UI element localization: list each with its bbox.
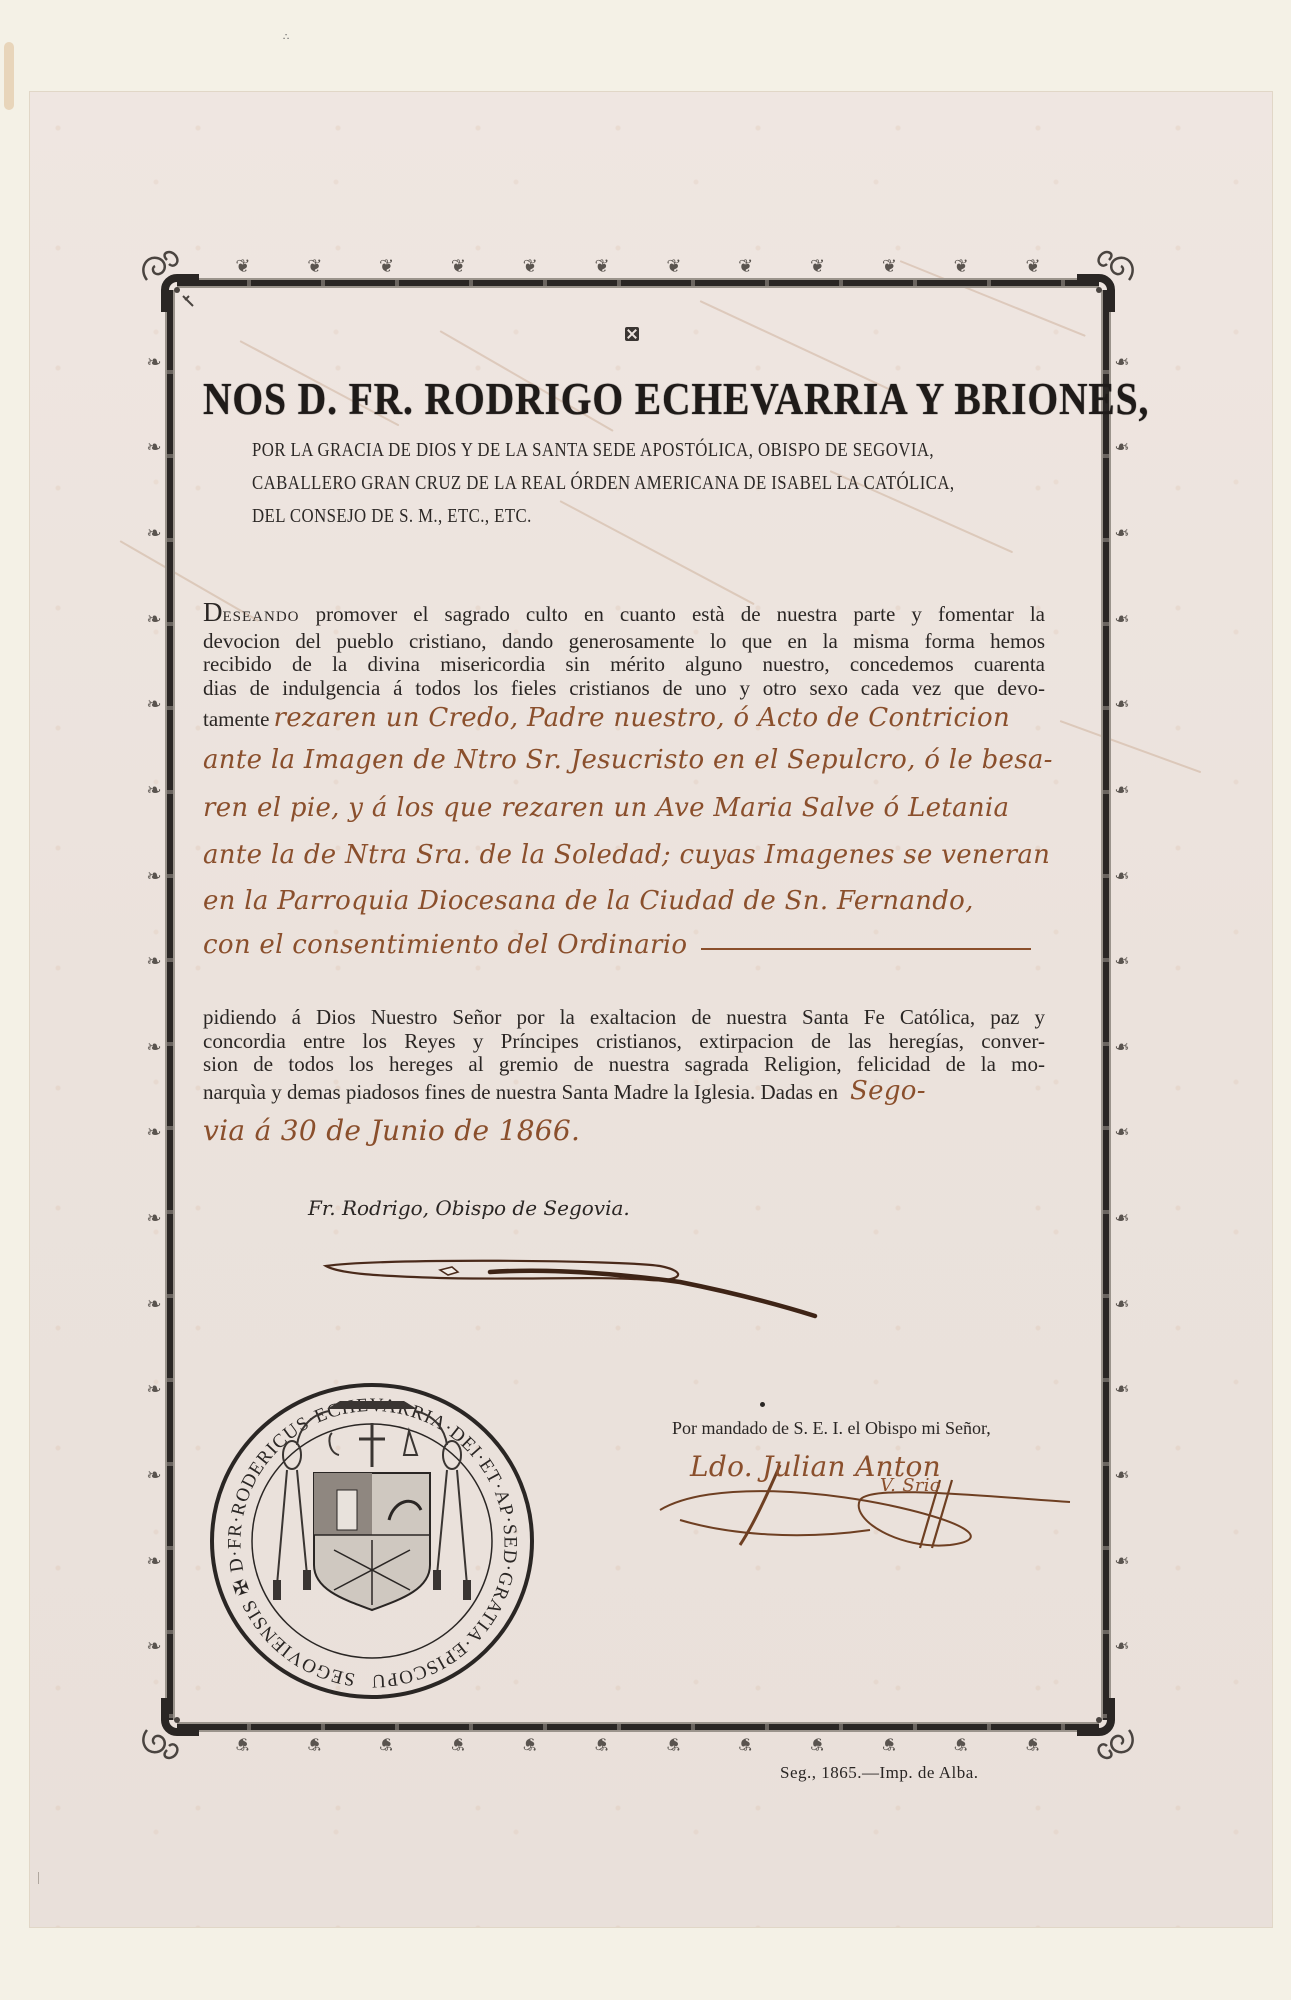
corner-flourish-icon [137, 250, 199, 312]
episcopal-seal: SEGOVIENSIS ✠ D·FR·RODERICUS·ECHEVARRIA·… [199, 1375, 546, 1708]
bishop-titles: POR LA GRACIA DE DIOS Y DE LA SANTA SEDE… [252, 434, 991, 533]
handwritten-date: via á 30 de Junio de 1866. [203, 1114, 1103, 1147]
title-line: DEL CONSEJO DE S. M., ETC., ETC. [252, 500, 991, 533]
paper-crease [38, 1872, 47, 1884]
drop-cap: D [203, 597, 223, 627]
border-rule-left [165, 290, 175, 1720]
title-line: CABALLERO GRAN CRUZ DE LA REAL ÓRDEN AME… [252, 467, 991, 500]
mandate-line: Por mandado de S. E. I. el Obispo mi Señ… [672, 1418, 991, 1439]
printer-imprint: Seg., 1865.—Imp. de Alba. [780, 1763, 979, 1783]
corner-flourish-icon [1077, 250, 1139, 312]
corner-flourish-icon [137, 1698, 199, 1760]
fleuron-row-bottom: ❦❦❦❦❦❦❦❦❦❦❦❦ [207, 1734, 1069, 1752]
handwritten-line: ante la Imagen de Ntro Sr. Jesucristo en… [203, 745, 1103, 775]
maltese-cross-icon [625, 327, 639, 341]
mixed-line: narquìa y demas piadosos fines de nuestr… [203, 1076, 1103, 1106]
fleuron-column-right: ❧❧❧❧❧❧❧❧❧❧❧❧❧❧❧❧ [1113, 320, 1131, 1690]
body-line: devocion del pueblo cristiano, dando gen… [203, 630, 1045, 654]
fleuron-column-left: ❧❧❧❧❧❧❧❧❧❧❧❧❧❧❧❧ [145, 320, 163, 1690]
mixed-line: tamente rezaren un Credo, Padre nuestro,… [203, 703, 1103, 733]
ink-fill-line [701, 948, 1031, 950]
secretary-title: V. Srio [880, 1475, 941, 1496]
border-rule-bottom [177, 1722, 1099, 1732]
corner-flourish-icon [1077, 1698, 1139, 1760]
closing-paragraph: pidiendo á Dios Nuestro Señor por la exa… [203, 1006, 1045, 1077]
bishop-signature-icon [320, 1252, 820, 1322]
body-line: recibido de la divina misericordia sin m… [203, 653, 1045, 677]
handwritten-text: rezaren un Credo, Padre nuestro, ó Acto … [273, 703, 1010, 733]
fleuron-row-top: ❦❦❦❦❦❦❦❦❦❦❦❦ [207, 258, 1069, 276]
document-title: NOS D. FR. RODRIGO ECHEVARRIA Y BRIONES, [203, 372, 960, 425]
body-line: sion de todos los hereges al gremio de n… [203, 1053, 1045, 1077]
printed-word: tamente [203, 707, 269, 731]
border-rule-top [177, 278, 1099, 288]
engraved-signature: Fr. Rodrigo, Obispo de Segovia. [308, 1196, 630, 1220]
ink-speck: ∴ [283, 32, 297, 44]
small-caps-word: ESEANDO [223, 609, 300, 625]
ink-dot [760, 1402, 765, 1407]
body-line: pidiendo á Dios Nuestro Señor por la exa… [203, 1006, 1045, 1030]
indulgence-paragraph: DESEANDO promover el sagrado culto en cu… [203, 601, 1045, 700]
water-stain [4, 42, 14, 110]
border-rule-right [1101, 290, 1111, 1720]
handwritten-text: con el consentimiento del Ordinario [203, 930, 687, 960]
body-line: DESEANDO promover el sagrado culto en cu… [203, 601, 1045, 630]
handwritten-line: con el consentimiento del Ordinario [203, 930, 1103, 960]
body-line: dias de indulgencia á todos los fieles c… [203, 677, 1045, 701]
printed-text: narquìa y demas piadosos fines de nuestr… [203, 1080, 838, 1104]
handwritten-text: Sego- [850, 1076, 926, 1106]
body-line: concordia entre los Reyes y Príncipes cr… [203, 1030, 1045, 1054]
title-line: POR LA GRACIA DE DIOS Y DE LA SANTA SEDE… [252, 434, 991, 467]
handwritten-line: en la Parroquia Diocesana de la Ciudad d… [203, 886, 1103, 916]
handwritten-line: ren el pie, y á los que rezaren un Ave M… [203, 793, 1103, 823]
handwritten-line: ante la de Ntra Sra. de la Soledad; cuya… [203, 840, 1103, 870]
